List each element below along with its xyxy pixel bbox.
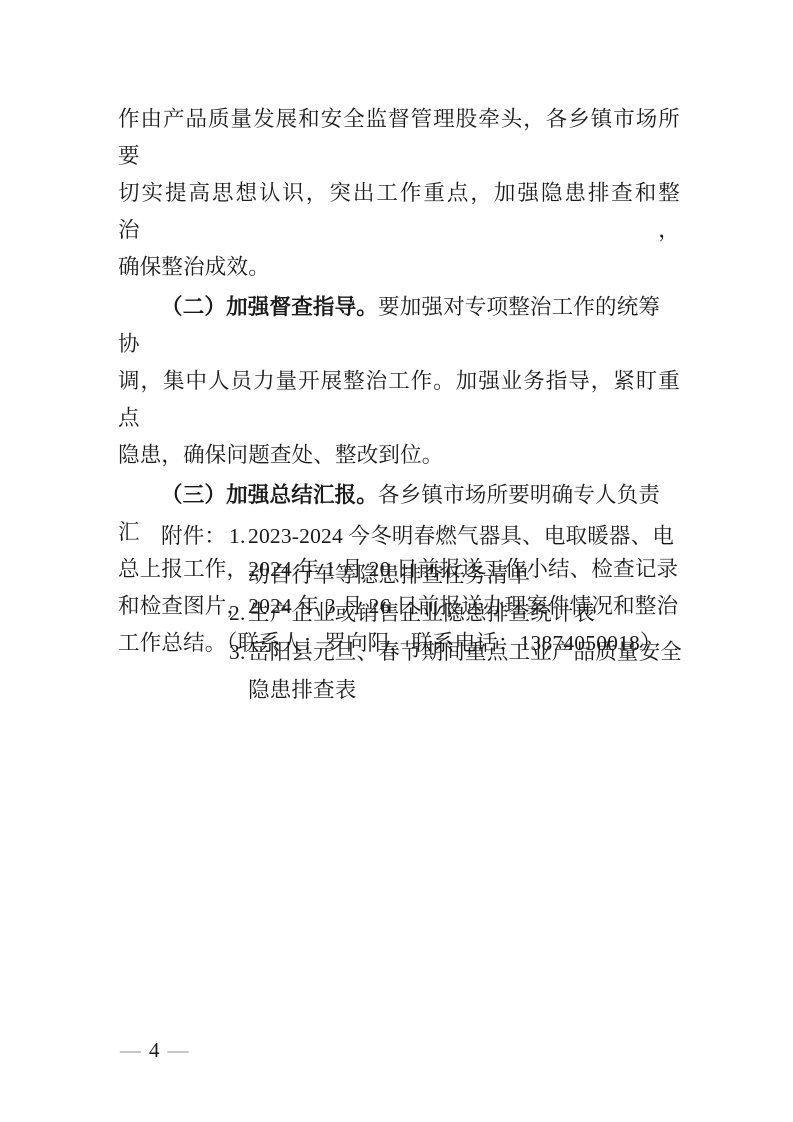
page-number-dash: —: [168, 1038, 189, 1062]
page-number-dash: —: [120, 1038, 141, 1062]
attachment-line: 附件：1.2023-2024 今冬明春燃气器具、电取暖器、电: [161, 517, 681, 556]
paragraph: （二）加强督查指导。要加强对专项整治工作的统筹协 调，集中人员力量开展整治工作。…: [118, 289, 680, 474]
attachment-item-text: 生产企业或销售企业隐患排查统计表: [248, 601, 595, 625]
attachment-item-text: 2023-2024 今冬明春燃气器具、电取暖器、电: [248, 524, 674, 548]
body-line: 确保整治成效。: [118, 249, 680, 286]
paragraph-heading: （三）加强总结汇报。: [161, 483, 378, 507]
attachment-line: 3.岳阳县元旦、春节期间重点工业产品质量安全: [161, 633, 681, 672]
paragraph-heading: （二）加强督查指导。: [161, 295, 378, 319]
attachments-label: 附件：: [161, 517, 229, 556]
page-footer: —4—: [120, 1036, 189, 1064]
body-line: 隐患，确保问题查处、整改到位。: [118, 437, 680, 474]
document-page: 作由产品质量发展和安全监督管理股牵头，各乡镇市场所要 切实提高思想认识，突出工作…: [0, 0, 793, 1122]
body-line: 调，集中人员力量开展整治工作。加强业务指导，紧盯重点: [118, 363, 680, 437]
paragraph: 作由产品质量发展和安全监督管理股牵头，各乡镇市场所要 切实提高思想认识，突出工作…: [118, 101, 680, 286]
attachment-line: 2.生产企业或销售企业隐患排查统计表: [161, 594, 681, 633]
body-line: 作由产品质量发展和安全监督管理股牵头，各乡镇市场所要: [118, 101, 680, 175]
attachment-item-text: 岳阳县元旦、春节期间重点工业产品质量安全: [248, 640, 682, 664]
attachment-line: 隐患排查表: [161, 671, 681, 710]
body-line: （二）加强督查指导。要加强对专项整治工作的统筹协: [118, 289, 680, 363]
attachment-item-number: 3.: [229, 633, 248, 672]
attachments-block: 附件：1.2023-2024 今冬明春燃气器具、电取暖器、电 动自行车等隐患排查…: [161, 517, 681, 710]
page-number: 4: [141, 1038, 168, 1062]
attachment-item-number: 1.: [229, 517, 248, 556]
attachment-item-number: 2.: [229, 594, 248, 633]
body-line: 切实提高思想认识，突出工作重点，加强隐患排查和整治，: [118, 175, 680, 249]
attachment-line: 动自行车等隐患排查任务清单: [161, 556, 681, 595]
